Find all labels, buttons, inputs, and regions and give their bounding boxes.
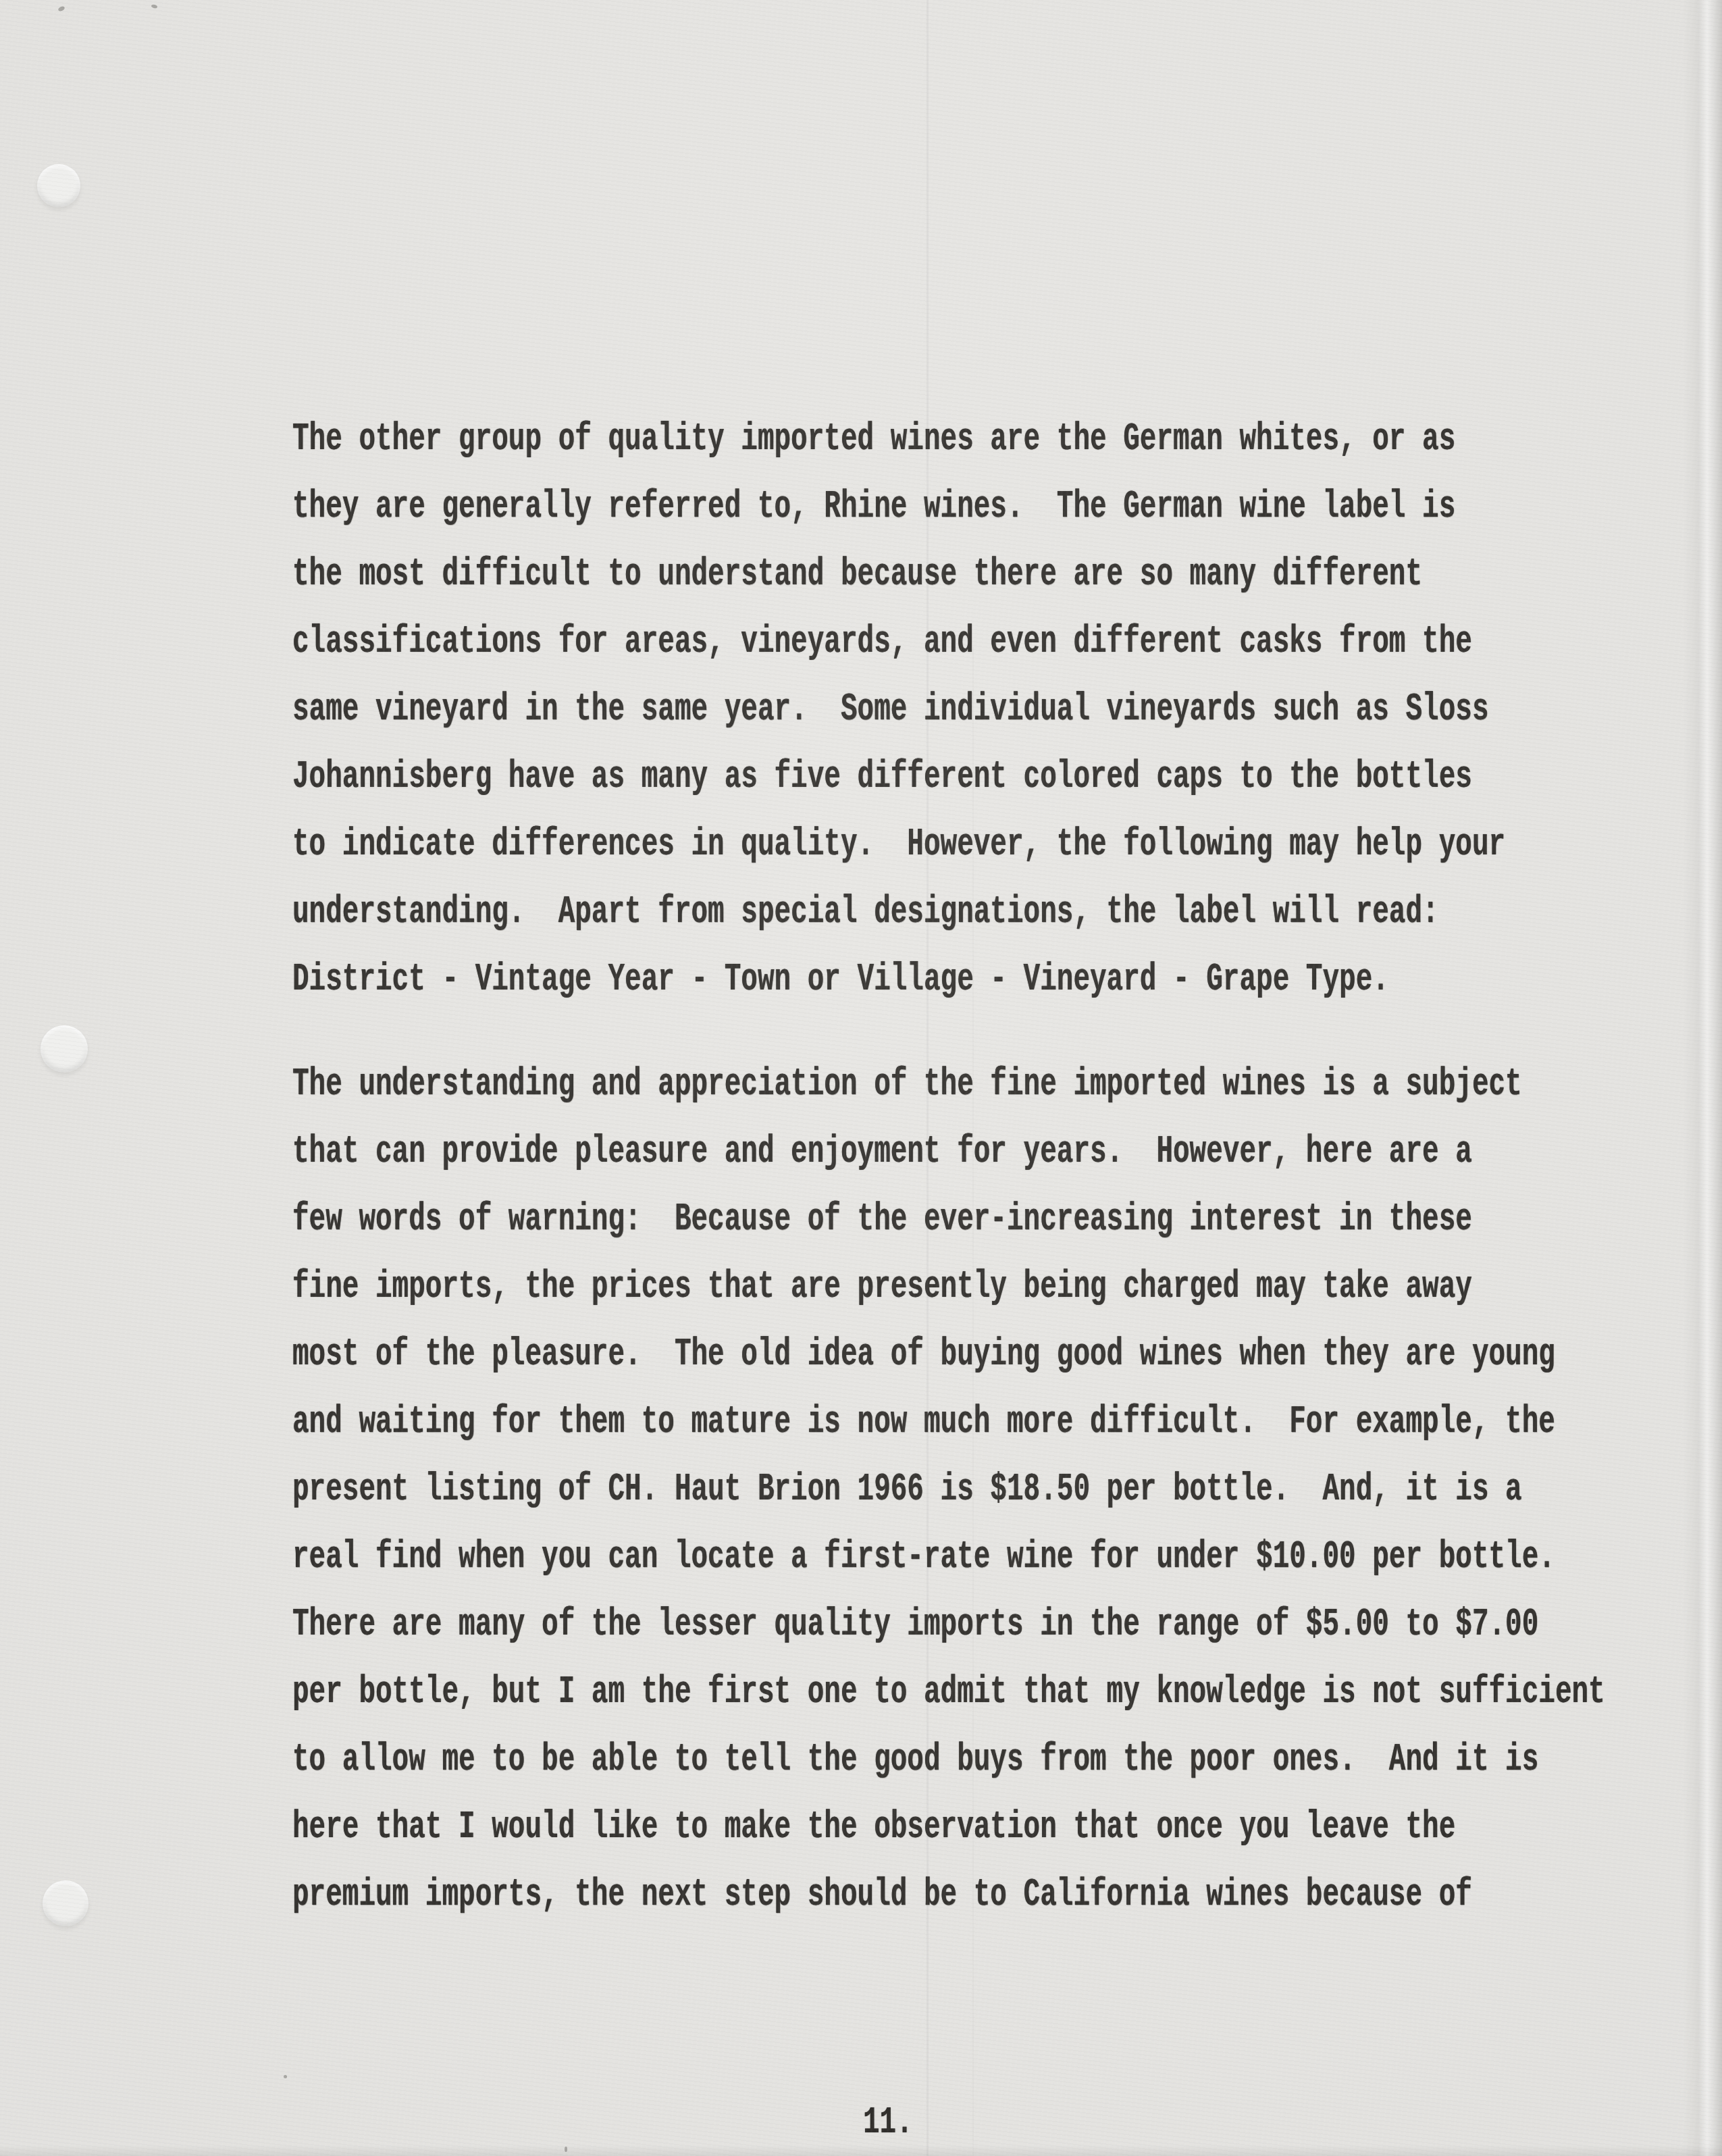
paragraph: The other group of quality imported wine… <box>292 419 1650 1027</box>
paper-edge-bottom <box>0 2145 1722 2156</box>
punch-hole-middle <box>41 1025 88 1073</box>
body-text: The other group of quality imported wine… <box>292 419 1650 1942</box>
punch-hole-top <box>37 164 80 207</box>
text-line: District - Vintage Year - Town or Villag… <box>292 959 1650 1054</box>
text-line: premium imports, the next step should be… <box>292 1874 1650 1969</box>
paper-speck <box>565 2147 567 2152</box>
paragraph: The understanding and appreciation of th… <box>292 1064 1650 1942</box>
paper-edge-right <box>1683 0 1722 2156</box>
paper-speck <box>57 5 66 12</box>
paper-speck <box>151 4 158 9</box>
punch-hole-bottom <box>43 1880 88 1926</box>
page-number: 11. <box>863 2103 913 2143</box>
paper-speck <box>284 2075 287 2078</box>
document-page: The other group of quality imported wine… <box>0 0 1722 2156</box>
